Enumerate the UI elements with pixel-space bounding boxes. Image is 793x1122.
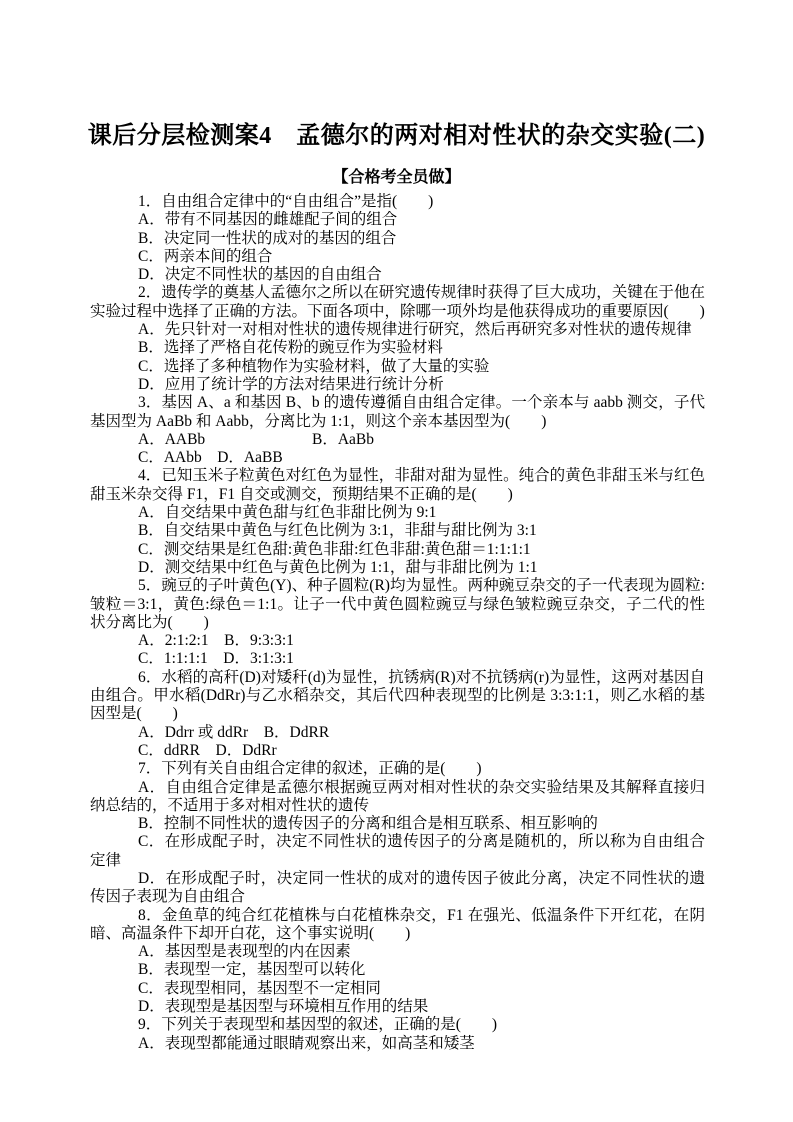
section-header: 【合格考全员做】: [0, 168, 793, 187]
question-2-option-row: C．选择了多种植物作为实验材料，做了大量的实验: [90, 358, 705, 376]
question-7-option-row: C．在形成配子时，决定不同性状的遗传因子的分离是随机的，所以称为自由组合定律: [90, 833, 705, 870]
question-1-stem: 1．自由组合定律中的“自由组合”是指( ): [90, 193, 705, 211]
question-5-stem: 5．豌豆的子叶黄色(Y)、种子圆粒(R)均为显性。两种豌豆杂交的子一代表现为圆粒…: [90, 577, 705, 632]
question-8-option-row: D．表现型是基因型与环境相互作用的结果: [90, 998, 705, 1016]
question-5-option-row: A．2:1:2:1 B．9:3:3:1: [90, 632, 705, 650]
question-1-option-row: B．决定同一性状的成对的基因的组合: [90, 230, 705, 248]
question-8-option-row: A．基因型是表现型的内在因素: [90, 943, 705, 961]
option-cell: A．AABb: [138, 431, 312, 449]
question-2-option-row: D．应用了统计学的方法对结果进行统计分析: [90, 376, 705, 394]
question-7-stem: 7．下列有关自由组合定律的叙述，正确的是( ): [90, 760, 705, 778]
question-2-stem: 2．遗传学的奠基人孟德尔之所以在研究遗传规律时获得了巨大成功，关键在于他在实验过…: [90, 284, 705, 321]
page-title: 课后分层检测案4 孟德尔的两对相对性状的杂交实验(二): [0, 0, 793, 151]
question-9-stem: 9．下列关于表现型和基因型的叙述，正确的是( ): [90, 1016, 705, 1034]
question-2-option-row: A．先只针对一对相对性状的遗传规律进行研究，然后再研究多对性状的遗传规律: [90, 321, 705, 339]
question-1-option-row: A．带有不同基因的雌雄配子间的组合: [90, 211, 705, 229]
question-1-option-row: D．决定不同性状的基因的自由组合: [90, 266, 705, 284]
question-3-option-row: C．AAbb D．AaBB: [90, 449, 705, 467]
question-6-option-row: A．Ddrr 或 ddRr B．DdRR: [90, 724, 705, 742]
question-5-option-row: C．1:1:1:1 D．3:1:3:1: [90, 650, 705, 668]
question-8-stem: 8．金鱼草的纯合红花植株与白花植株杂交，F1 在强光、低温条件下开红花，在阴暗、…: [90, 907, 705, 944]
question-4-option-row: D．测交结果中红色与黄色比例为 1:1，甜与非甜比例为 1:1: [90, 559, 705, 577]
worksheet-page: 课后分层检测案4 孟德尔的两对相对性状的杂交实验(二) 【合格考全员做】 1．自…: [0, 0, 793, 1122]
question-8-option-row: C．表现型相同，基因型不一定相同: [90, 980, 705, 998]
question-6-stem: 6．水稻的高秆(D)对矮秆(d)为显性，抗锈病(R)对不抗锈病(r)为显性，这两…: [90, 669, 705, 724]
question-7-option-row: D．在形成配子时，决定同一性状的成对的遗传因子彼此分离，决定不同性状的遗传因子表…: [90, 870, 705, 907]
question-3-stem: 3．基因 A、a 和基因 B、b 的遗传遵循自由组合定律。一个亲本与 aabb …: [90, 394, 705, 431]
question-1-option-row: C．两亲本间的组合: [90, 248, 705, 266]
question-9-option-row: A．表现型都能通过眼睛观察出来，如高茎和矮茎: [90, 1035, 705, 1053]
question-4-option-row: A．自交结果中黄色甜与红色非甜比例为 9:1: [90, 504, 705, 522]
question-7-option-row: B．控制不同性状的遗传因子的分离和组合是相互联系、相互影响的: [90, 815, 705, 833]
question-7-option-row: A．自由组合定律是孟德尔根据豌豆两对相对性状的杂交实验结果及其解释直接归纳总结的…: [90, 779, 705, 816]
question-4-stem: 4．已知玉米子粒黄色对红色为显性，非甜对甜为显性。纯合的黄色非甜玉米与红色甜玉米…: [90, 467, 705, 504]
option-cell: B．AaBb: [312, 431, 374, 448]
question-8-option-row: B．表现型一定，基因型可以转化: [90, 961, 705, 979]
question-4-option-row: C．测交结果是红色甜:黄色非甜:红色非甜:黄色甜＝1:1:1:1: [90, 541, 705, 559]
question-2-option-row: B．选择了严格自花传粉的豌豆作为实验材料: [90, 339, 705, 357]
question-6-option-row: C．ddRR D．DdRr: [90, 742, 705, 760]
question-4-option-row: B．自交结果中黄色与红色比例为 3:1，非甜与甜比例为 3:1: [90, 522, 705, 540]
question-3-option-row: A．AABbB．AaBb: [90, 431, 705, 449]
question-list: 1．自由组合定律中的“自由组合”是指( )A．带有不同基因的雌雄配子间的组合B．…: [90, 193, 705, 1053]
